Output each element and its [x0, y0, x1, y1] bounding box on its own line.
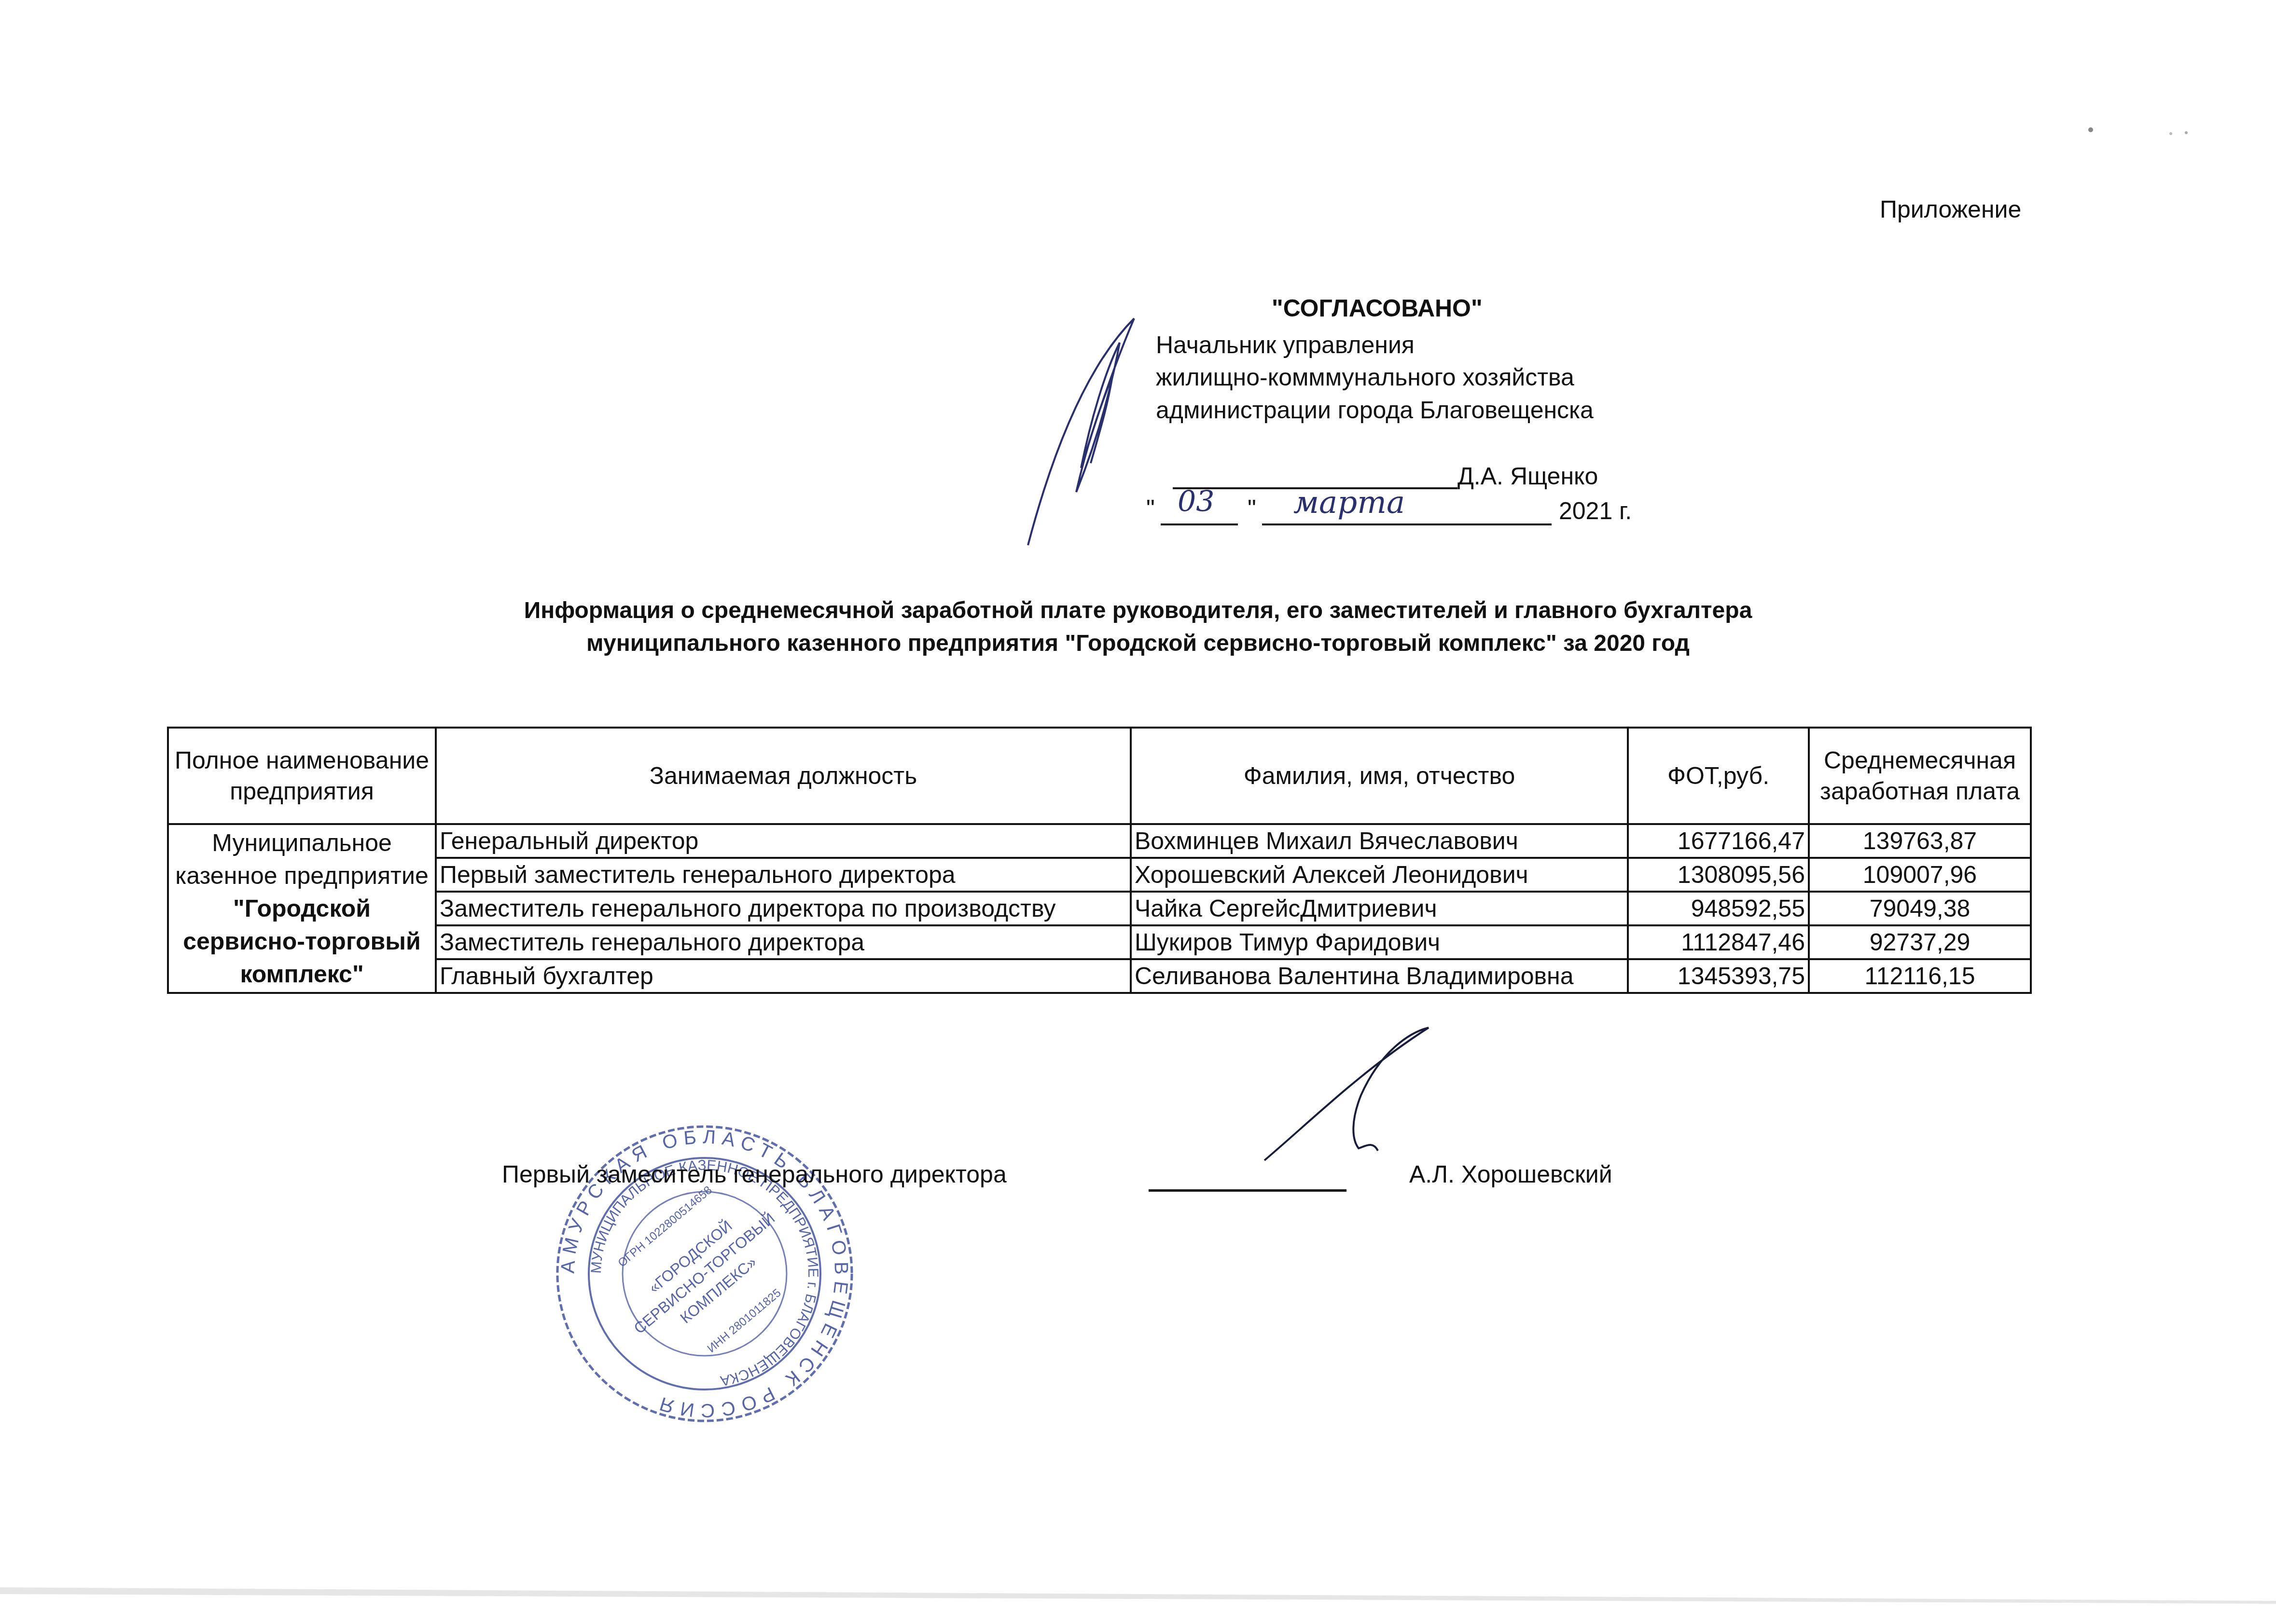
appendix-label: Приложение [1880, 195, 2021, 223]
cell-payroll: 948592,55 [1628, 892, 1809, 925]
table-row: Муниципальное казенное предприятие "Горо… [168, 824, 2031, 858]
approver-title-line-3: администрации города Благовещенска [1156, 396, 1594, 424]
cell-position: Первый заместитель генерального директор… [436, 858, 1131, 892]
approver-title-line-2: жилищно-комммунального хозяйства [1156, 363, 1574, 391]
organization-name: "Городской сервисно-торговый комплекс" [183, 895, 421, 988]
cell-position: Главный бухгалтер [436, 959, 1131, 993]
date-quote-close: " [1248, 495, 1256, 523]
table-row: Заместитель генерального директора по пр… [168, 892, 2031, 925]
header-avg-salary: Среднемесячная заработная плата [1809, 728, 2031, 824]
header-organization: Полное наименование предприятия [168, 728, 436, 824]
approver-signature-icon [1023, 309, 1168, 550]
approval-heading: "СОГЛАСОВАНО" [1272, 294, 1483, 322]
footer-signature-line [1149, 1189, 1346, 1192]
salary-table: Полное наименование предприятия Занимаем… [167, 727, 2032, 994]
organization-cell: Муниципальное казенное предприятие "Горо… [168, 824, 436, 993]
table-row: Первый заместитель генерального директор… [168, 858, 2031, 892]
header-payroll: ФОТ,руб. [1628, 728, 1809, 824]
cell-name: Хорошевский Алексей Леонидович [1131, 858, 1628, 892]
approver-name: Д.А. Ященко [1457, 462, 1598, 490]
date-day-handwritten: 03 [1178, 485, 1214, 519]
cell-avg-salary: 79049,38 [1809, 892, 2031, 925]
cell-position: Генеральный директор [436, 824, 1131, 858]
scan-edge-shadow-icon [0, 1587, 2276, 1607]
cell-position: Заместитель генерального директора по пр… [436, 892, 1131, 925]
cell-payroll: 1677166,47 [1628, 824, 1809, 858]
cell-payroll: 1112847,46 [1628, 925, 1809, 959]
approver-title-line-1: Начальник управления [1156, 331, 1415, 359]
date-day-line [1161, 523, 1238, 525]
cell-payroll: 1345393,75 [1628, 959, 1809, 993]
cell-payroll: 1308095,56 [1628, 858, 1809, 892]
table-row: Главный бухгалтер Селиванова Валентина В… [168, 959, 2031, 993]
header-full-name: Фамилия, имя, отчество [1131, 728, 1628, 824]
header-position: Занимаемая должность [436, 728, 1131, 824]
footer-signatory-position: Первый замеситель генерального директора [502, 1160, 1007, 1188]
cell-name: Чайка СергейсДмитриевич [1131, 892, 1628, 925]
cell-name: Вохминцев Михаил Вячеславович [1131, 824, 1628, 858]
scan-specks-icon [2085, 123, 2206, 142]
cell-avg-salary: 139763,87 [1809, 824, 2031, 858]
table-header-row: Полное наименование предприятия Занимаем… [168, 728, 2031, 824]
cell-avg-salary: 109007,96 [1809, 858, 2031, 892]
document-title-line-1: Информация о среднемесячной заработной п… [0, 597, 2276, 624]
cell-name: Селиванова Валентина Владимировна [1131, 959, 1628, 993]
date-month-handwritten: марта [1293, 485, 1405, 521]
date-month-line [1262, 523, 1552, 525]
footer-signatory-name: А.Л. Хорошевский [1409, 1160, 1612, 1188]
table-row: Заместитель генерального директора Шукир… [168, 925, 2031, 959]
cell-avg-salary: 112116,15 [1809, 959, 2031, 993]
document-title-line-2: муниципального казенного предприятия "Го… [0, 630, 2276, 657]
cell-name: Шукиров Тимур Фаридович [1131, 925, 1628, 959]
director-signature-icon [1255, 1023, 1438, 1168]
organization-type: Муниципальное казенное предприятие [175, 829, 428, 889]
cell-position: Заместитель генерального директора [436, 925, 1131, 959]
cell-avg-salary: 92737,29 [1809, 925, 2031, 959]
date-year: 2021 г. [1559, 497, 1632, 525]
